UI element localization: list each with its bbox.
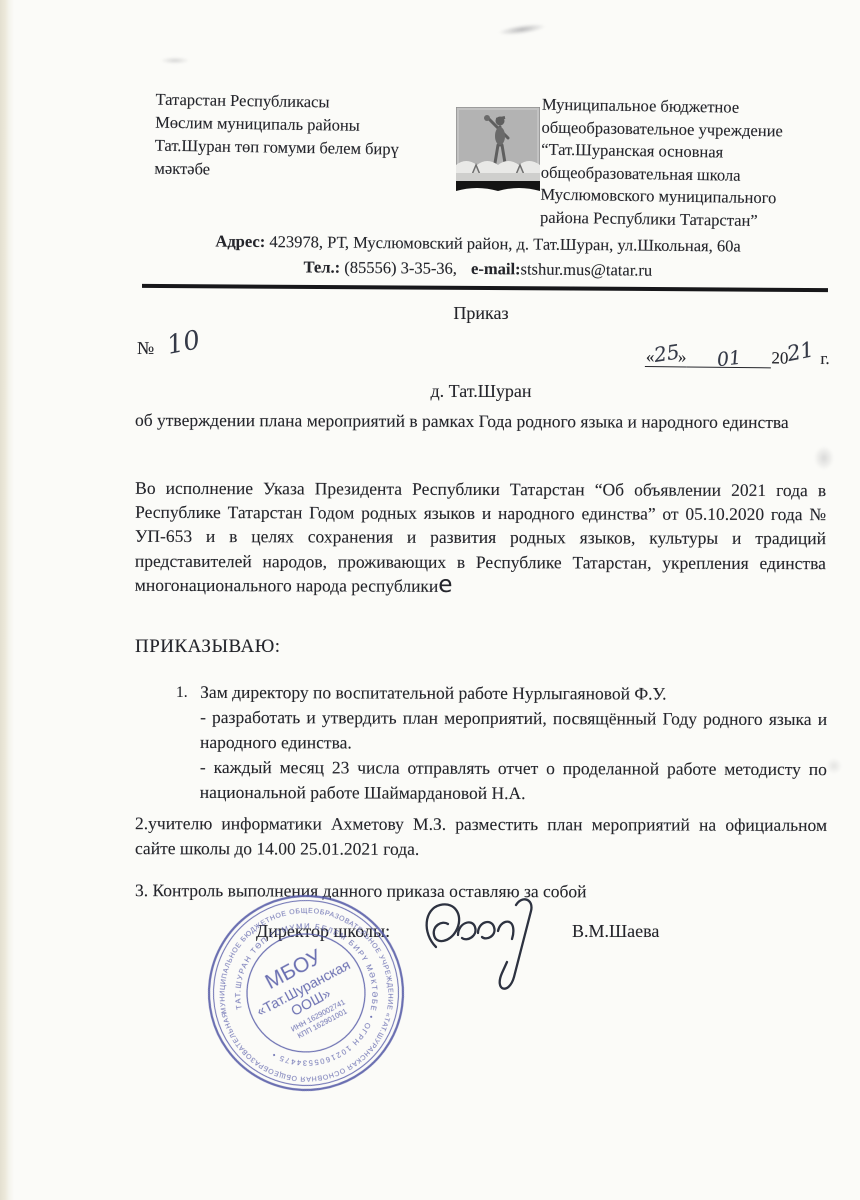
- list-item-2: 2.учителю информатики Ахметову М.З. разм…: [135, 811, 827, 862]
- header-left-tatar: Татарстан Республикасы Мөслим муниципаль…: [154, 88, 455, 185]
- director-name: В.М.Шаева: [572, 921, 659, 942]
- email-value: stshur.mus@tatar.ru: [521, 259, 653, 279]
- order-number-handwritten: 10: [164, 325, 202, 361]
- date-year-handwritten: 21: [786, 337, 817, 366]
- scan-smudge: [498, 22, 547, 38]
- header-left-line: мәктәбе: [154, 157, 454, 185]
- order-subject: об утверждении плана мероприятий в рамка…: [135, 408, 826, 435]
- order-preamble: Во исполнение Указа Президента Республик…: [135, 476, 826, 599]
- coat-of-arms-icon: [456, 107, 540, 195]
- list-item-1-number: 1.: [176, 684, 188, 702]
- preamble-typo-suffix: е: [438, 572, 452, 598]
- scan-smudge: [826, 758, 842, 774]
- document-page: Татарстан Республикасы Мөслим муниципаль…: [0, 0, 860, 1200]
- order-title: Приказ: [135, 303, 827, 324]
- order-date-row: «25»012021 г.: [645, 343, 830, 369]
- header-divider-line: [142, 284, 828, 292]
- date-era: г.: [821, 349, 831, 368]
- header-right-line: района Республики Татарстан”: [540, 206, 848, 233]
- phone-value: (85556) 3-35-36,: [344, 258, 457, 278]
- date-month-handwritten: 01: [716, 347, 742, 372]
- official-round-stamp: МУНИЦИПАЛЬНОЕ БЮДЖЕТНОЕ ОБЩЕОБРАЗОВАТЕЛЬ…: [185, 872, 427, 1114]
- order-number-row: № 10: [137, 331, 200, 361]
- list-item-1-line: - разработать и утвердить план мероприят…: [200, 705, 827, 757]
- scan-smudge: [814, 446, 834, 470]
- date-day-handwritten: 25: [652, 340, 681, 367]
- address-label: Адрес:: [215, 231, 265, 250]
- date-month-segment: 01: [688, 344, 772, 368]
- preamble-text: Во исполнение Указа Президента Республик…: [135, 478, 826, 596]
- email-label: e-mail:: [471, 259, 521, 278]
- header-right-russian: Муниципальное бюджетное общеобразователь…: [540, 94, 850, 234]
- director-signature-icon: [412, 891, 552, 1011]
- phone-label: Тел.:: [303, 257, 340, 276]
- list-item-1-line: - каждый месяц 23 числа отправлять отчет…: [200, 755, 827, 807]
- list-item-1: Зам директору по воспитательной работе Н…: [200, 680, 827, 807]
- contact-block: Адрес: 423978, РТ, Муслюмовский район, д…: [120, 228, 836, 285]
- order-number-label: №: [137, 338, 154, 358]
- address-value: 423978, РТ, Муслюмовский район, д. Тат.Ш…: [269, 232, 741, 256]
- order-place: д. Тат.Шуран: [135, 381, 827, 402]
- list-item-1-line: Зам директору по воспитательной работе Н…: [200, 680, 827, 707]
- scan-smudge: [160, 57, 190, 64]
- date-day-segment: «25»: [645, 347, 688, 367]
- decree-word: ПРИКАЗЫВАЮ:: [135, 636, 281, 658]
